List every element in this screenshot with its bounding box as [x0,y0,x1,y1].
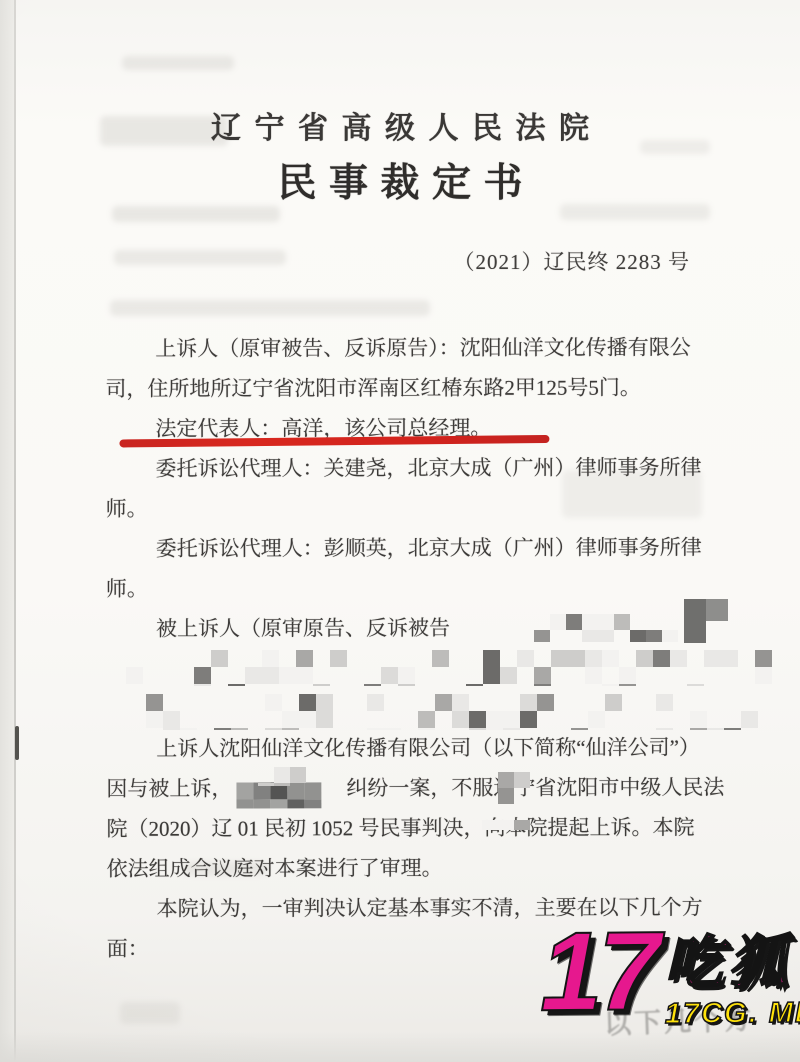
watermark-17-text: 17 [540,922,657,1022]
mosaic-tile [721,650,738,667]
mosaic-tile [316,711,333,728]
mosaic-tile [347,667,364,684]
mosaic-tile [605,711,622,728]
mosaic-tile [231,711,248,728]
mosaic-tile [502,630,518,642]
mosaic-tile [347,650,364,667]
mosaic-tile [364,650,381,667]
mosaic-tile [520,694,537,711]
mosaic-tile [126,684,143,686]
mosaic-tile [517,667,534,684]
mosaic-tile [316,728,333,730]
mosaic-tile [690,694,707,711]
mosaic-tile [571,711,588,728]
mosaic-tile [554,711,571,728]
mosaic-tile [500,667,517,684]
redaction-redacted-row-1 [126,650,772,686]
mosaic-tile [330,650,347,667]
mosaic-tile [282,728,299,730]
mosaic-tile [197,694,214,711]
mosaic-tile [279,650,296,667]
mosaic-tile [126,667,143,684]
mosaic-tile [630,630,646,642]
mosaic-tile [498,772,514,788]
mosaic-tile [707,711,724,728]
mosaic-tile [721,667,738,684]
mosaic-tile [614,614,630,630]
mosaic-tile [452,711,469,728]
mosaic-tile [520,711,537,728]
mosaic-tile [646,614,662,630]
mosaic-tile [194,684,211,686]
mosaic-tile [721,684,738,686]
mosaic-tile [330,684,347,686]
mosaic-tile [498,820,514,830]
mosaic-tile [245,667,262,684]
mosaic-tile [483,684,500,686]
mosaic-tile [598,614,614,630]
mosaic-tile [282,694,299,711]
mosaic-tile [126,650,143,667]
mosaic-tile [398,650,415,667]
redaction-small-patch-line11 [258,767,324,786]
mosaic-tile [177,667,194,684]
redaction-redacted-row-2 [146,694,766,730]
mosaic-tile [514,772,530,788]
mosaic-tile [432,667,449,684]
mosaic-tile [622,728,639,730]
mosaic-tile [566,630,582,642]
mosaic-tile [435,711,452,728]
mosaic-tile [296,667,313,684]
mosaic-tile [290,783,306,786]
mosaic-tile [534,614,550,630]
mosaic-tile [706,599,728,621]
mosaic-tile [568,650,585,667]
mosaic-tile [367,728,384,730]
mosaic-tile [622,711,639,728]
mosaic-tile [670,684,687,686]
mosaic-tile [534,630,550,642]
mosaic-tile [211,684,228,686]
mosaic-tile [160,684,177,686]
mosaic-tile [245,650,262,667]
mosaic-tile [452,694,469,711]
mosaic-tile [333,694,350,711]
mosaic-tile [197,711,214,728]
mosaic-tile [690,711,707,728]
mosaic-tile [262,684,279,686]
mosaic-tile [636,650,653,667]
mosaic-tile [146,711,163,728]
mosaic-tile [180,728,197,730]
mosaic-tile [290,767,306,783]
mosaic-tile [518,614,534,630]
mosaic-tile [551,650,568,667]
mosaic-tile [707,728,724,730]
mosaic-tile [639,694,656,711]
watermark-url-text: 17CG. ME [665,997,800,1031]
mosaic-tile [296,684,313,686]
mosaic-tile [146,728,163,730]
mosaic-tile [333,728,350,730]
mosaic-tile [550,614,566,630]
mosaic-tile [265,728,282,730]
mosaic-tile [588,711,605,728]
mosaic-tile [415,684,432,686]
mosaic-tile [602,650,619,667]
mosaic-tile [299,694,316,711]
mosaic-tile [514,820,530,830]
mosaic-tile [279,667,296,684]
mosaic-tile [482,788,498,804]
mosaic-tile [449,667,466,684]
mosaic-tile [724,728,741,730]
mosaic-tile [503,728,520,730]
mosaic-tile [537,728,554,730]
mosaic-tile [566,614,582,630]
redaction-layer [0,0,800,1062]
mosaic-tile [588,694,605,711]
mosaic-tile [582,630,598,642]
mosaic-tile [554,694,571,711]
mosaic-tile [313,684,330,686]
mosaic-tile [452,728,469,730]
mosaic-tile [482,804,498,820]
mosaic-tile [245,684,262,686]
mosaic-tile [381,684,398,686]
mosaic-tile [231,728,248,730]
mosaic-tile [500,684,517,686]
mosaic-tile [177,650,194,667]
mosaic-tile [598,630,614,642]
mosaic-tile [143,684,160,686]
mosaic-tile [704,667,721,684]
mosaic-tile [486,728,503,730]
mosaic-tile [449,684,466,686]
mosaic-tile [706,621,728,643]
mosaic-tile [401,711,418,728]
mosaic-tile [619,667,636,684]
mosaic-tile [571,728,588,730]
mosaic-tile [435,694,452,711]
mosaic-tile [537,711,554,728]
mosaic-tile [274,767,290,783]
mosaic-tile [415,650,432,667]
mosaic-tile [662,630,678,642]
mosaic-tile [551,684,568,686]
mosaic-tile [619,650,636,667]
mosaic-tile [670,650,687,667]
mosaic-tile [568,684,585,686]
mosaic-tile [585,650,602,667]
mosaic-tile [384,694,401,711]
mosaic-tile [687,650,704,667]
mosaic-tile [330,667,347,684]
mosaic-tile [568,667,585,684]
mosaic-tile [194,667,211,684]
mosaic-tile [482,772,498,788]
mosaic-tile [602,684,619,686]
mosaic-tile [398,667,415,684]
mosaic-tile [741,711,758,728]
mosaic-tile [673,711,690,728]
mosaic-tile [163,711,180,728]
watermark-logo: 17 吃狐 17CG. ME [540,921,800,1032]
mosaic-tile [435,728,452,730]
mosaic-tile [605,694,622,711]
mosaic-tile [197,728,214,730]
mosaic-tile [313,667,330,684]
mosaic-tile [741,728,758,730]
mosaic-tile [537,694,554,711]
redaction-faint-patch-line12 [482,772,532,830]
mosaic-tile [585,684,602,686]
mosaic-tile [469,711,486,728]
watermark-right-column: 吃狐 17CG. ME [664,935,800,1031]
mosaic-tile [498,788,514,804]
mosaic-tile [146,694,163,711]
mosaic-tile [160,650,177,667]
mosaic-tile [347,684,364,686]
mosaic-tile [143,667,160,684]
mosaic-tile [656,728,673,730]
mosaic-tile [163,728,180,730]
mosaic-tile [381,667,398,684]
mosaic-tile [534,650,551,667]
mosaic-tile [274,783,290,786]
mosaic-tile [228,684,245,686]
mosaic-tile [614,630,630,642]
mosaic-tile [350,694,367,711]
mosaic-tile [503,694,520,711]
mosaic-tile [262,667,279,684]
mosaic-tile [755,667,772,684]
mosaic-tile [418,728,435,730]
mosaic-tile [415,667,432,684]
mosaic-tile [350,728,367,730]
mosaic-tile [194,650,211,667]
mosaic-tile [231,694,248,711]
mosaic-tile [656,694,673,711]
mosaic-tile [690,728,707,730]
mosaic-tile [486,711,503,728]
mosaic-tile [503,711,520,728]
mosaic-tile [514,804,530,820]
mosaic-tile [602,667,619,684]
mosaic-tile [296,650,313,667]
mosaic-tile [630,614,646,630]
mosaic-tile [502,614,518,630]
mosaic-tile [211,650,228,667]
mosaic-tile [551,667,568,684]
redaction-after-respondent-name [502,614,692,642]
mosaic-tile [639,728,656,730]
photo-background: 辽宁省高级人民法院 民事裁定书 （2021）辽民终 2283 号 上诉人（原审被… [0,0,800,1062]
mosaic-tile [605,728,622,730]
mosaic-tile [684,621,706,643]
mosaic-tile [482,820,498,830]
mosaic-tile [418,711,435,728]
document-page: 辽宁省高级人民法院 民事裁定书 （2021）辽民终 2283 号 上诉人（原审被… [0,0,800,1062]
mosaic-tile [401,694,418,711]
mosaic-tile [619,684,636,686]
mosaic-tile [755,650,772,667]
mosaic-tile [704,650,721,667]
mosaic-tile [653,684,670,686]
mosaic-tile [299,728,316,730]
mosaic-tile [588,728,605,730]
mosaic-tile [707,694,724,711]
mosaic-tile [738,650,755,667]
mosaic-tile [258,783,274,786]
mosaic-tile [755,684,772,686]
mosaic-tile [466,684,483,686]
mosaic-tile [571,694,588,711]
mosaic-tile [333,711,350,728]
mosaic-tile [449,650,466,667]
mosaic-tile [313,650,330,667]
mosaic-tile [636,667,653,684]
mosaic-tile [466,667,483,684]
mosaic-tile [684,599,706,621]
mosaic-tile [673,694,690,711]
mosaic-tile [514,788,530,804]
mosaic-tile [469,728,486,730]
mosaic-tile [518,630,534,642]
mosaic-tile [704,684,721,686]
mosaic-tile [177,684,194,686]
mosaic-tile [673,728,690,730]
mosaic-tile [554,728,571,730]
mosaic-tile [738,667,755,684]
redaction-corner-block [684,599,730,643]
mosaic-tile [483,667,500,684]
mosaic-tile [582,614,598,630]
mosaic-tile [653,650,670,667]
mosaic-tile [248,728,265,730]
mosaic-tile [636,684,653,686]
mosaic-tile [687,667,704,684]
mosaic-tile [656,711,673,728]
mosaic-tile [367,694,384,711]
mosaic-tile [163,694,180,711]
mosaic-tile [520,728,537,730]
mosaic-tile [299,711,316,728]
mosaic-tile [724,711,741,728]
mosaic-tile [687,684,704,686]
watermark-cn-text: 吃狐 [664,935,800,993]
mosaic-tile [622,694,639,711]
mosaic-tile [265,711,282,728]
mosaic-tile [350,711,367,728]
mosaic-tile [384,711,401,728]
mosaic-tile [265,694,282,711]
mosaic-tile [466,650,483,667]
mosaic-tile [180,694,197,711]
mosaic-tile [741,694,758,711]
mosaic-tile [248,694,265,711]
mosaic-tile [401,728,418,730]
mosaic-tile [384,728,401,730]
mosaic-tile [364,667,381,684]
mosaic-tile [639,711,656,728]
mosaic-tile [534,684,551,686]
mosaic-tile [550,630,566,642]
mosaic-tile [432,650,449,667]
mosaic-tile [517,684,534,686]
mosaic-tile [381,650,398,667]
mosaic-tile [500,650,517,667]
mosaic-tile [653,667,670,684]
mosaic-tile [306,783,322,786]
mosaic-tile [211,667,228,684]
mosaic-tile [418,694,435,711]
mosaic-tile [279,684,296,686]
mosaic-tile [486,694,503,711]
mosaic-tile [398,684,415,686]
mosaic-tile [498,804,514,820]
mosaic-tile [367,711,384,728]
mosaic-tile [585,667,602,684]
mosaic-tile [160,667,177,684]
mosaic-tile [306,767,322,783]
mosaic-tile [738,684,755,686]
mosaic-tile [180,711,197,728]
mosaic-tile [214,728,231,730]
mosaic-tile [534,667,551,684]
mosaic-tile [724,694,741,711]
mosaic-tile [483,650,500,667]
mosaic-tile [214,694,231,711]
mosaic-tile [646,630,662,642]
mosaic-tile [662,614,678,630]
mosaic-tile [143,650,160,667]
mosaic-tile [316,694,333,711]
mosaic-tile [262,650,279,667]
mosaic-tile [517,650,534,667]
mosaic-tile [670,667,687,684]
mosaic-tile [214,711,231,728]
mosaic-tile [228,667,245,684]
mosaic-tile [248,711,265,728]
mosaic-tile [282,711,299,728]
mosaic-tile [469,694,486,711]
mosaic-tile [432,684,449,686]
mosaic-tile [228,650,245,667]
mosaic-tile [258,767,274,783]
mosaic-tile [364,684,381,686]
